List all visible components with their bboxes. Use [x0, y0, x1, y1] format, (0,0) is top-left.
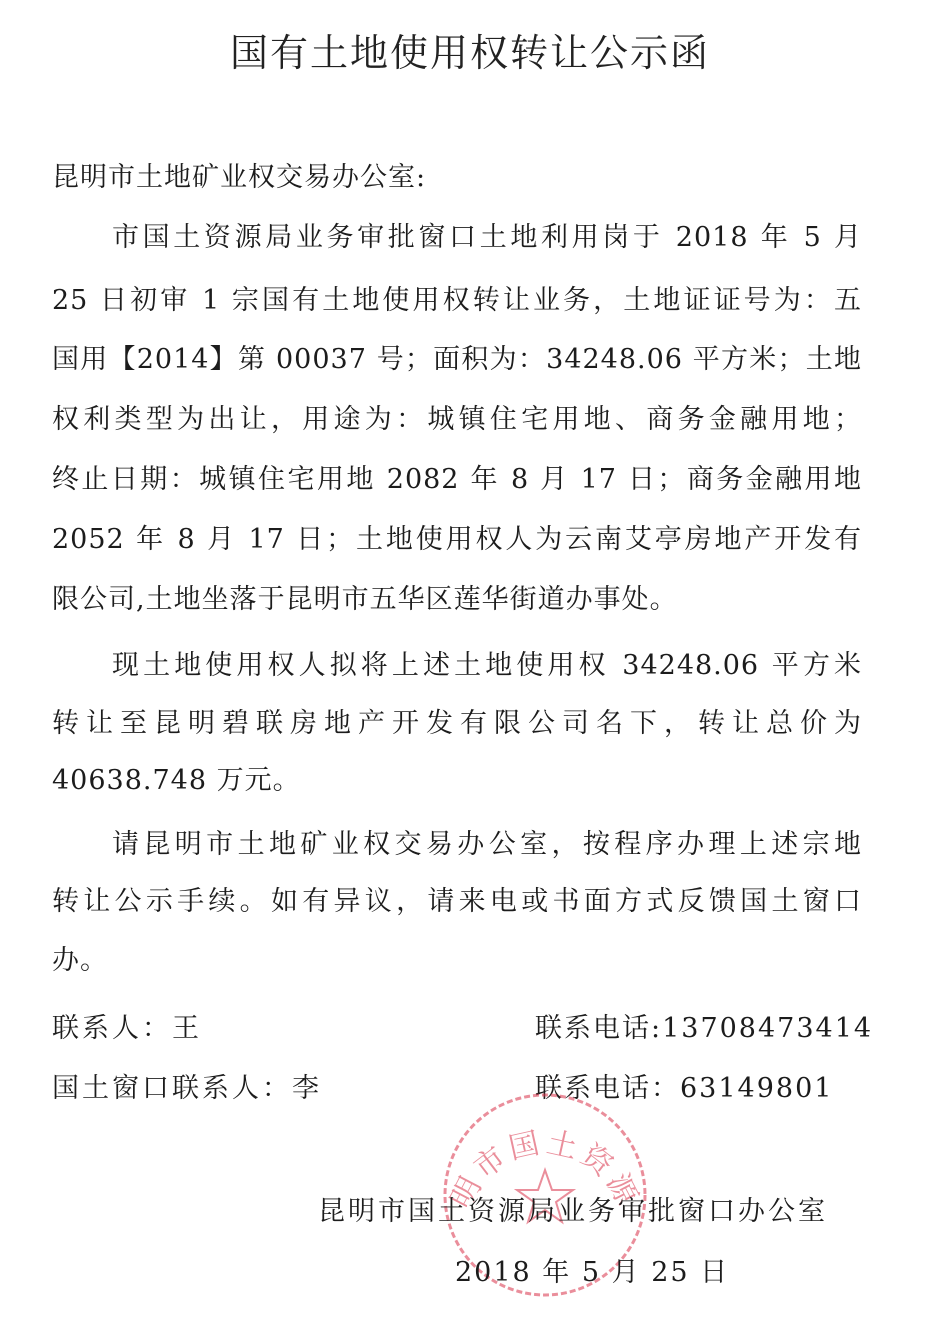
paragraph-line: 权利类型为出让，用途为：城镇住宅用地、商务金融用地；	[52, 402, 862, 438]
signature-office: 昆明市国土资源局业务审批窗口办公室	[318, 1189, 828, 1228]
paragraph-line: 请昆明市土地矿业权交易办公室，按程序办理上述宗地	[112, 827, 862, 863]
paragraph-line: 现土地使用权人拟将上述土地使用权 34248.06 平方米	[112, 648, 862, 684]
signature-date: 2018 年 5 月 25 日	[455, 1250, 729, 1289]
recipient: 昆明市土地矿业权交易办公室:	[52, 160, 862, 196]
paragraph-line: 25 日初审 1 宗国有土地使用权转让业务，土地证证号为：五	[52, 283, 862, 319]
paragraph-line: 转让至昆明碧联房地产开发有限公司名下，转让总价为	[52, 706, 862, 742]
paragraph-line: 40638.748 万元。	[52, 763, 862, 799]
contact-person: 国土窗口联系人：李	[52, 1066, 322, 1105]
paragraph-line: 终止日期：城镇住宅用地 2082 年 8 月 17 日；商务金融用地	[52, 462, 862, 498]
contact-person: 联系人：王	[52, 1006, 202, 1045]
paragraph-line: 限公司,土地坐落于昆明市五华区莲华街道办事处。	[52, 582, 862, 618]
paragraph-line: 市国土资源局业务审批窗口土地利用岗于 2018 年 5 月	[112, 220, 862, 256]
paragraph-line: 转让公示手续。如有异议，请来电或书面方式反馈国土窗口	[52, 884, 862, 920]
document-title: 国有土地使用权转让公示函	[0, 22, 940, 77]
paragraph-line: 2052 年 8 月 17 日；土地使用权人为云南艾亭房地产开发有	[52, 522, 862, 558]
paragraph-line: 办。	[52, 943, 862, 979]
paragraph-line: 国用【2014】第 00037 号；面积为：34248.06 平方米；土地	[52, 342, 862, 378]
contact-phone: 联系电话:13708473414	[535, 1006, 873, 1045]
